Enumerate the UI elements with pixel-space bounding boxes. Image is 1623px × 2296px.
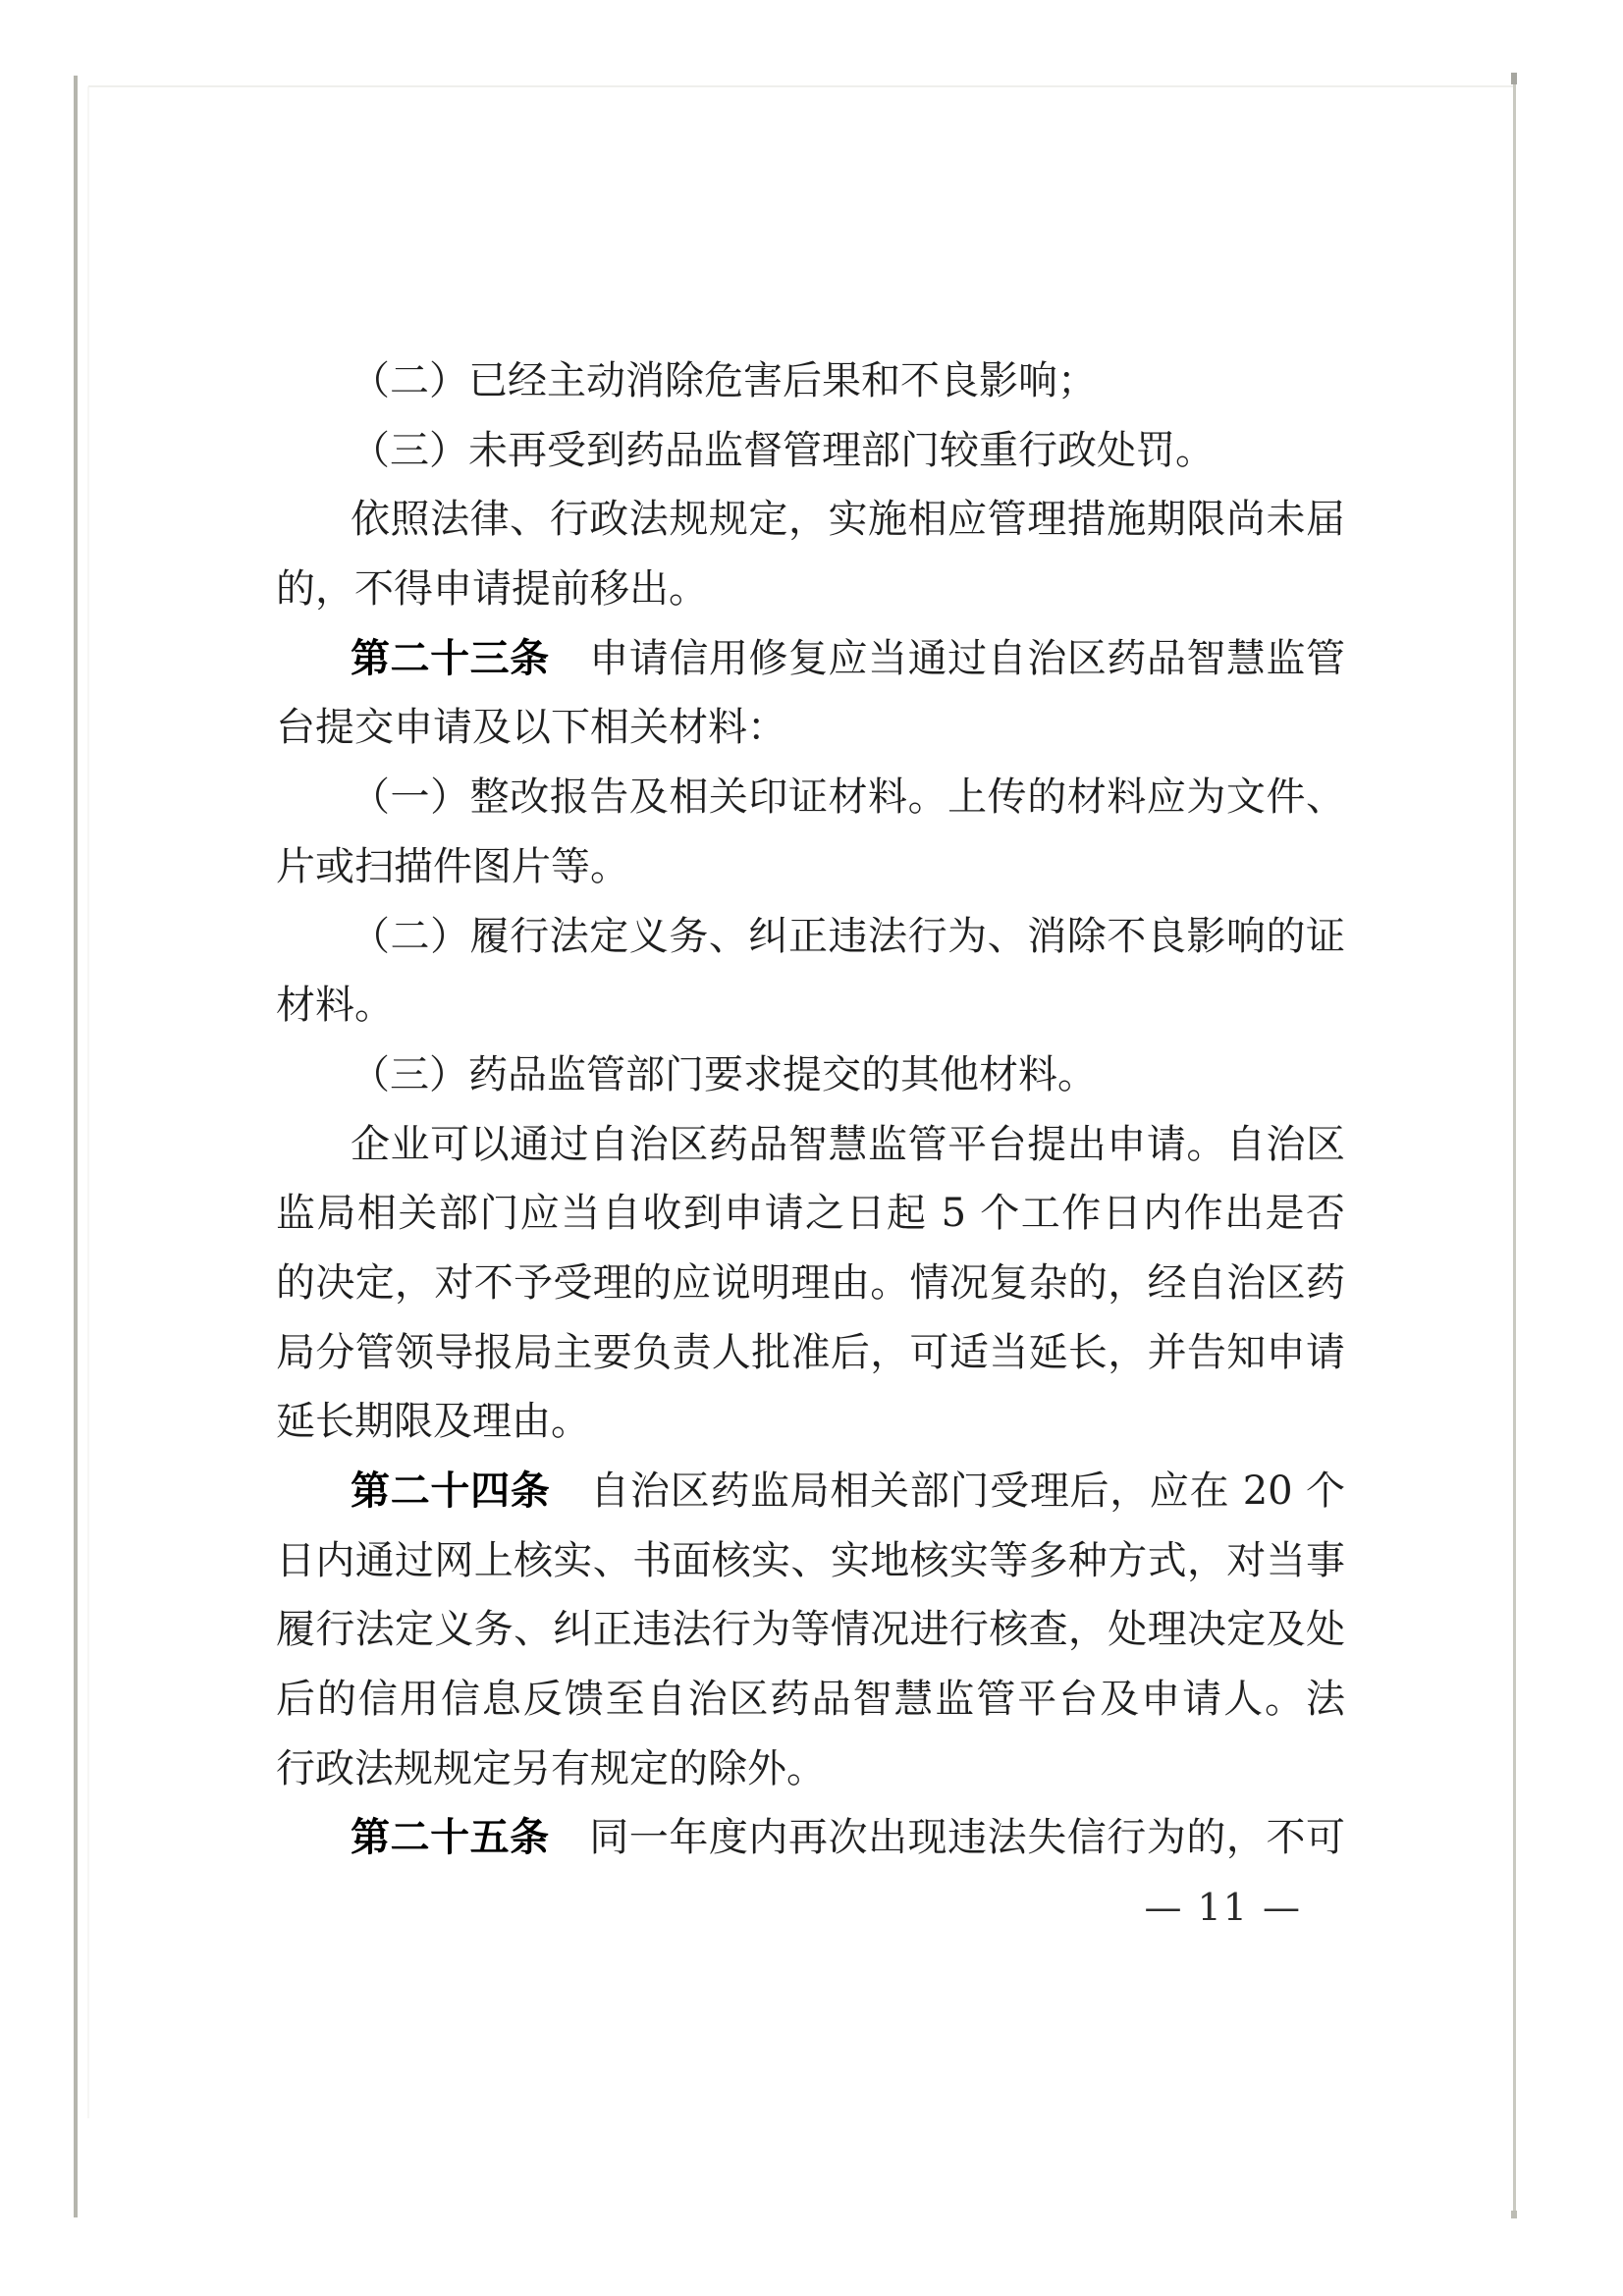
scan-edge-right-tick [1511,73,1517,84]
doc-line: 日内通过网上核实、书面核实、实地核实等多种方式，对当事人 [276,1526,1345,1596]
line-text: 行政法规规定另有规定的除外。 [276,1746,826,1791]
document-body: （二）已经主动消除危害后果和不良影响； （三）未再受到药品监督管理部门较重行政处… [276,347,1345,1873]
line-text: （三）未再受到药品监督管理部门较重行政处罚。 [351,428,1215,473]
line-text: 履行法定义务、纠正违法行为等情况进行核查，处理决定及处理 [276,1607,1345,1665]
doc-line: 片或扫描件图片等。 [276,832,1345,902]
line-text: 日内通过网上核实、书面核实、实地核实等多种方式，对当事人 [276,1538,1345,1596]
line-text: （三）药品监管部门要求提交的其他材料。 [351,1052,1097,1097]
doc-line: 行政法规规定另有规定的除外。 [276,1735,1345,1804]
doc-line: 履行法定义务、纠正违法行为等情况进行核查，处理决定及处理 [276,1595,1345,1665]
article-number: 第二十四条 [351,1468,550,1514]
doc-line: 后的信用信息反馈至自治区药品智慧监管平台及申请人。法律、 [276,1665,1345,1735]
line-text: 企业可以通过自治区药品智慧监管平台提出申请。自治区药 [276,1122,1345,1180]
doc-line: （二）履行法定义务、纠正违法行为、消除不良影响的证明 [276,902,1345,972]
doc-line: 第二十四条 自治区药监局相关部门受理后，应在 20 个工作 [276,1457,1345,1526]
scan-edge-inner-left-line [87,86,89,2118]
doc-line: （二）已经主动消除危害后果和不良影响； [276,347,1345,416]
line-text: 材料。 [276,983,394,1028]
doc-line: （三）药品监管部门要求提交的其他材料。 [276,1041,1345,1110]
doc-line: 第二十五条 同一年度内再次出现违法失信行为的，不可申 [276,1803,1345,1873]
line-text: 台提交申请及以下相关材料： [276,705,786,750]
doc-line: 依照法律、行政法规规定，实施相应管理措施期限尚未届满 [276,485,1345,555]
doc-line: （三）未再受到药品监督管理部门较重行政处罚。 [276,416,1345,486]
doc-line: 第二十三条 申请信用修复应当通过自治区药品智慧监管平 [276,624,1345,694]
scan-edge-left-line [74,76,78,2217]
doc-line: （一）整改报告及相关印证材料。上传的材料应为文件、照 [276,763,1345,832]
line-text: 依照法律、行政法规规定，实施相应管理措施期限尚未届满 [276,497,1345,555]
line-text: 局分管领导报局主要负责人批准后，可适当延长，并告知申请人 [276,1330,1345,1388]
line-text: 片或扫描件图片等。 [276,844,629,889]
scan-edge-top-line [88,85,1513,87]
doc-line: 局分管领导报局主要负责人批准后，可适当延长，并告知申请人 [276,1318,1345,1388]
scan-edge-right-foot [1511,2211,1517,2218]
line-text: （一）整改报告及相关印证材料。上传的材料应为文件、照 [276,774,1345,832]
doc-line: 台提交申请及以下相关材料： [276,693,1345,763]
scanned-document-page: （二）已经主动消除危害后果和不良影响； （三）未再受到药品监督管理部门较重行政处… [0,0,1623,2296]
page-number: — 11 — [1144,1887,1302,1928]
article-number: 第二十五条 [351,1814,550,1860]
scan-edge-right-line [1513,77,1516,2216]
line-text: （二）履行法定义务、纠正违法行为、消除不良影响的证明 [276,914,1345,972]
doc-line: 材料。 [276,971,1345,1041]
line-text: （二）已经主动消除危害后果和不良影响； [351,358,1097,403]
line-text: 的，不得申请提前移出。 [276,566,708,612]
line-text: 延长期限及理由。 [276,1399,590,1444]
doc-line: 的，不得申请提前移出。 [276,555,1345,624]
line-text: 后的信用信息反馈至自治区药品智慧监管平台及申请人。法律、 [276,1677,1345,1735]
line-text: 的决定，对不予受理的应说明理由。情况复杂的，经自治区药监 [276,1260,1345,1318]
doc-line: 延长期限及理由。 [276,1387,1345,1457]
article-number: 第二十三条 [351,635,550,681]
doc-line: 监局相关部门应当自收到申请之日起 5 个工作日内作出是否受理 [276,1179,1345,1249]
doc-line: 的决定，对不予受理的应说明理由。情况复杂的，经自治区药监 [276,1249,1345,1318]
line-text: 监局相关部门应当自收到申请之日起 5 个工作日内作出是否受理 [276,1191,1345,1249]
doc-line: 企业可以通过自治区药品智慧监管平台提出申请。自治区药 [276,1110,1345,1180]
